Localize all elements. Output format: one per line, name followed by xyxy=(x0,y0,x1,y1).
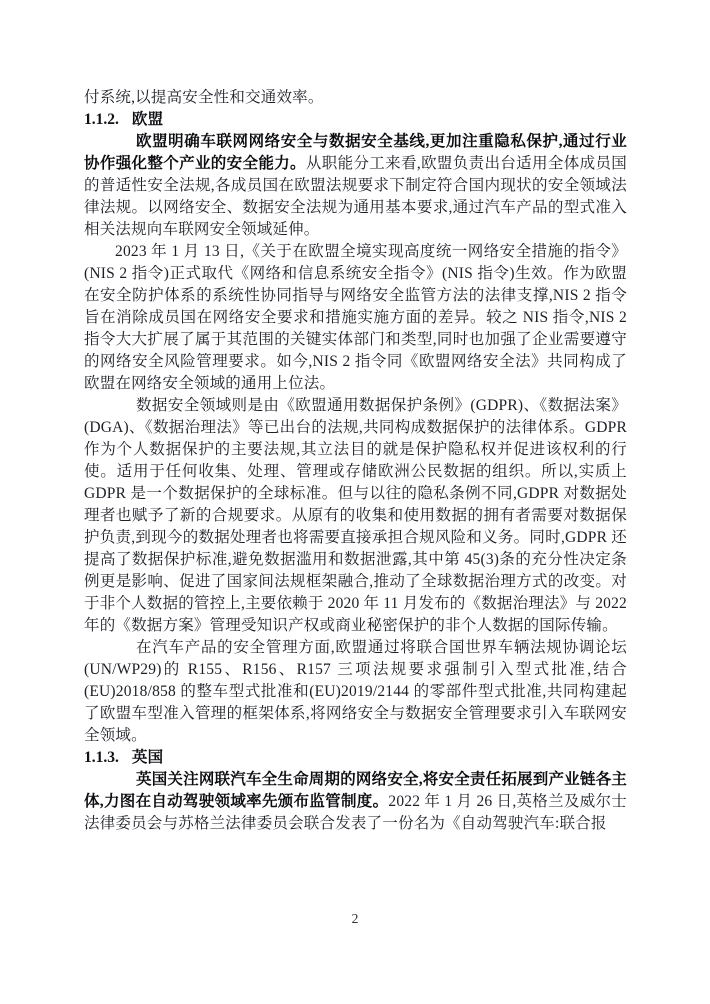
section-heading-uk: 1.1.3.英国 xyxy=(84,747,627,769)
section-title: 欧盟 xyxy=(132,111,163,128)
page-number: 2 xyxy=(0,909,710,929)
document-page: 付系统,以提高安全性和交通效率。 1.1.2.欧盟 欧盟明确车联网网络安全与数据… xyxy=(0,0,710,1004)
section-number: 1.1.3. xyxy=(84,747,119,769)
paragraph-eu-vehicle: 在汽车产品的安全管理方面,欧盟通过将联合国世界车辆法规协调论坛(UN/WP29)… xyxy=(84,637,627,747)
paragraph-eu-nis: 2023 年 1 月 13 日,《关于在欧盟全境实现高度统一网络安全措施的指令》… xyxy=(84,241,627,395)
carry-over-paragraph: 付系统,以提高安全性和交通效率。 xyxy=(84,87,627,109)
section-number: 1.1.2. xyxy=(84,109,119,131)
section-heading-eu: 1.1.2.欧盟 xyxy=(84,109,627,131)
paragraph-eu-lead: 欧盟明确车联网网络安全与数据安全基线,更加注重隐私保护,通过行业协作强化整个产业… xyxy=(84,131,627,241)
paragraph-uk-lead: 英国关注网联汽车全生命周期的网络安全,将安全责任拓展到产业链各主体,力图在自动驾… xyxy=(84,769,627,835)
section-title: 英国 xyxy=(132,749,163,766)
document-body: 付系统,以提高安全性和交通效率。 1.1.2.欧盟 欧盟明确车联网网络安全与数据… xyxy=(84,87,627,835)
paragraph-eu-data: 数据安全领域则是由《欧盟通用数据保护条例》(GDPR)、《数据法案》(DGA)、… xyxy=(84,395,627,637)
